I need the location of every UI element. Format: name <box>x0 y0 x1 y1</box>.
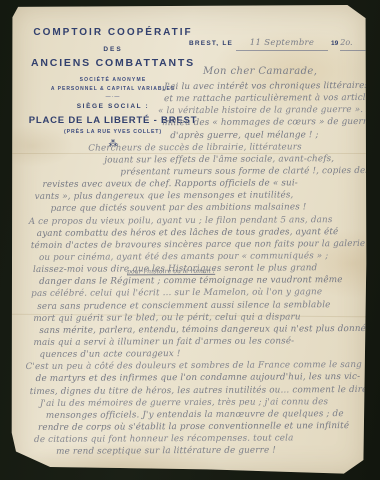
handwritten-line: d'après guerre, quel mélange ! ; <box>170 129 360 142</box>
dateline: BREST, LE11 Septembre192o. <box>189 32 365 51</box>
letter-body: J'ai lu avec intérêt vos chroniques litt… <box>24 80 362 458</box>
salutation: Mon cher Camarade, <box>203 66 317 77</box>
letter-paper: COMPTOIR COOPÉRATIF DES ANCIENS COMBATTA… <box>11 5 367 475</box>
org-name-line3: ANCIENS COMBATTANTS <box>23 57 203 69</box>
printed-city-label: BREST, LE <box>189 40 233 47</box>
handwritten-year-suffix: 2o. <box>340 38 352 47</box>
handwritten-line: me rend sceptique sur la littérature de … <box>56 444 362 458</box>
org-name-line1: COMPTOIR COOPÉRATIF <box>23 27 203 38</box>
handwritten-date: 11 Septembre <box>250 38 314 48</box>
org-name-line2: DES <box>23 46 203 53</box>
interline-insertion: pour l'histoire ou le roman ! <box>127 269 215 276</box>
printed-year-prefix: 19 <box>331 40 338 47</box>
scanned-letter-photo: COMPTOIR COOPÉRATIF DES ANCIENS COMBATTA… <box>0 0 380 480</box>
